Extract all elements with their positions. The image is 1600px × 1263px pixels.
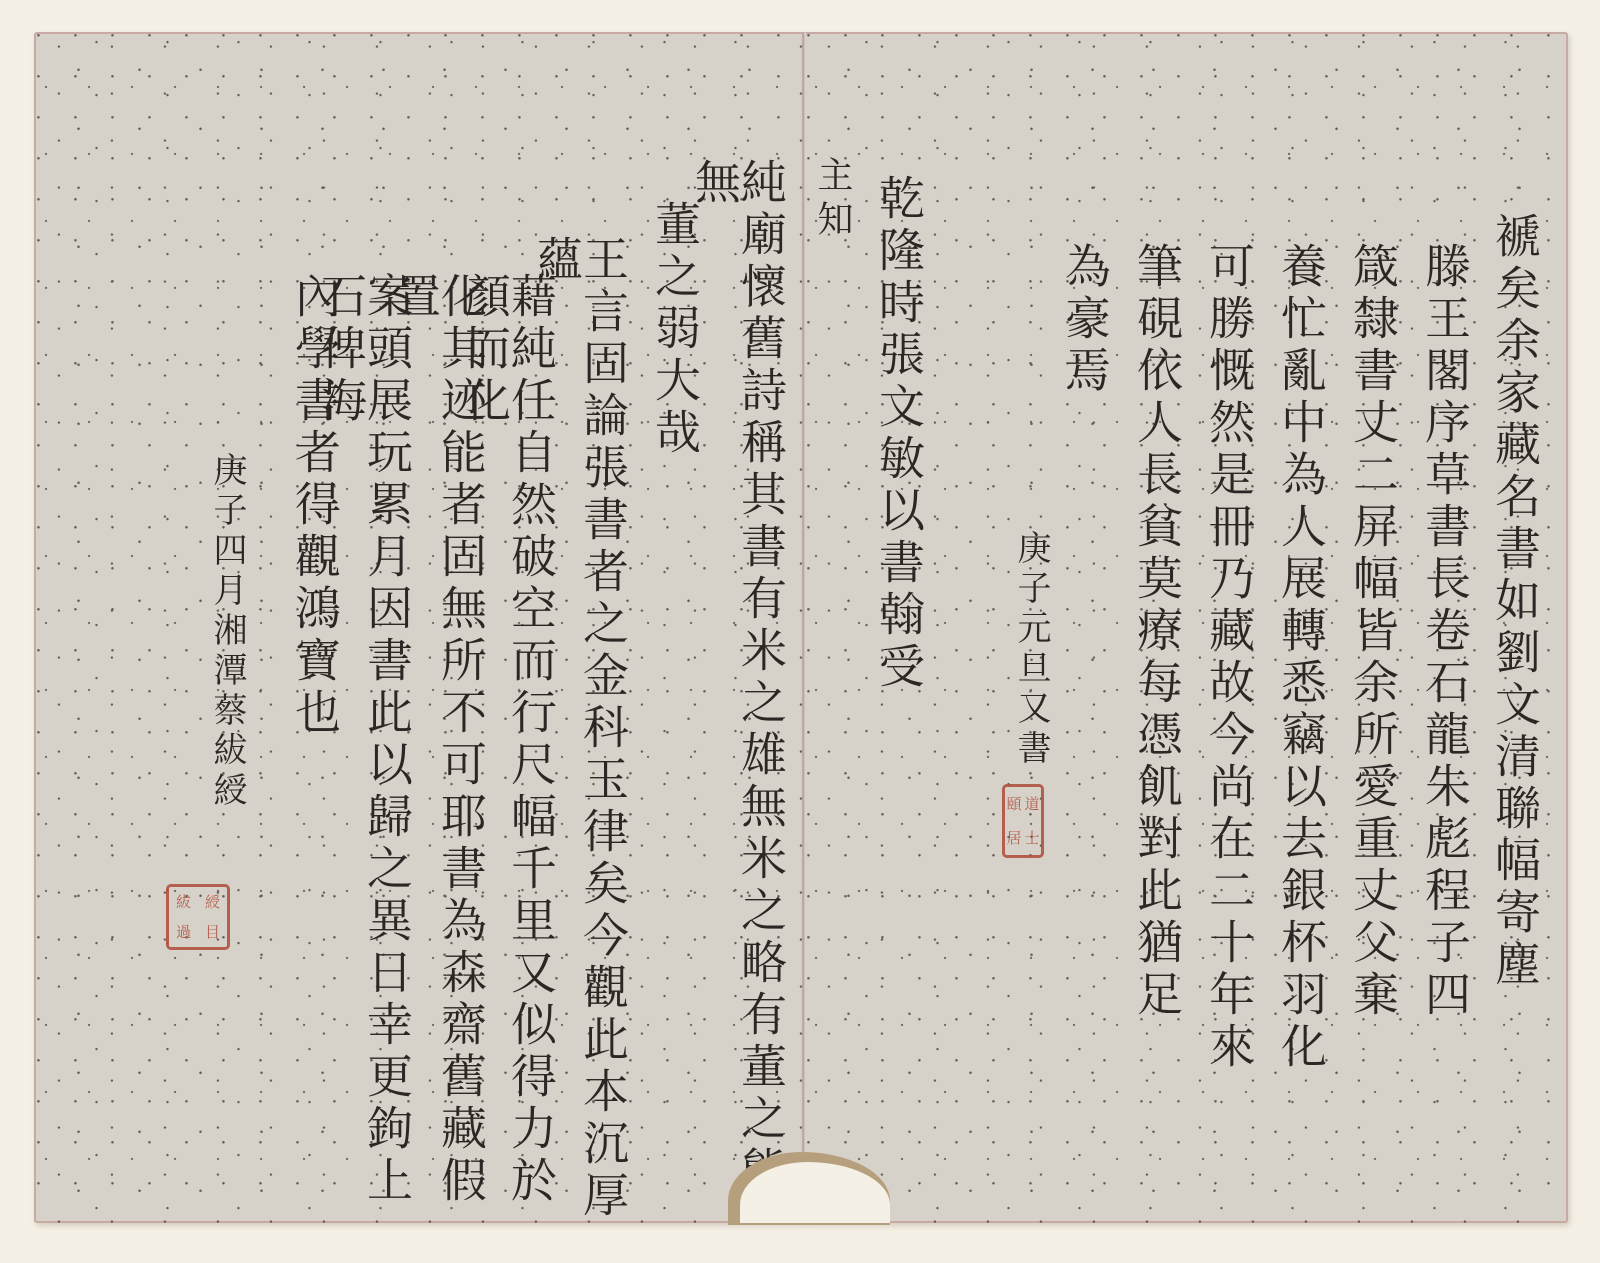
- right-seal: 頤 道 居 士: [1002, 784, 1044, 858]
- right-leaf: 褫矣余家藏名書如劉文清聯幅寄塵 滕王閣序草書長卷石龍朱彪程子四 箴隸書丈二屏幅皆…: [804, 32, 1568, 1223]
- right-column-7: 為豪焉: [1062, 242, 1108, 398]
- seal-char: 居: [1005, 821, 1023, 855]
- seal-char: 綬: [198, 887, 227, 917]
- right-column-3: 箴隸書丈二屏幅皆余所愛重丈父棄: [1350, 242, 1396, 1022]
- seal-char: 過: [169, 917, 198, 947]
- seal-char: 道: [1023, 787, 1041, 821]
- left-date-signature: 庚子四月湘潭蔡紱綬: [210, 452, 244, 812]
- album-spread: 純廟懷舊詩稱其書有米之雄無米之略有董之態無 董之弱大哉 王言固論張書者之金科玉律…: [34, 32, 1568, 1223]
- right-date-line: 庚子元旦又書: [1014, 530, 1048, 770]
- right-column-5: 可勝慨然是冊乃藏故今尚在二十年來: [1206, 242, 1252, 1074]
- seal-char: 士: [1023, 821, 1041, 855]
- right-column-1: 褫矣余家藏名書如劉文清聯幅寄塵: [1492, 212, 1538, 992]
- left-seal: 紱 綬 過 目: [166, 884, 230, 950]
- left-column-1: 純廟懷舊詩稱其書有米之雄無米之略有董之態無: [692, 158, 784, 1223]
- center-fold: [804, 32, 806, 1223]
- right-column-qianlong: 乾隆時張文敏以書翰受: [876, 174, 922, 694]
- seal-char: 紱: [169, 887, 198, 917]
- right-column-zhuzhi: 主知: [814, 156, 850, 244]
- left-column-7: 內學書者得觀鴻寶也: [292, 272, 338, 740]
- right-column-2: 滕王閣序草書長卷石龍朱彪程子四: [1422, 242, 1468, 1022]
- right-column-6: 筆硯依人長貧莫療每憑飢對此猶足: [1134, 242, 1180, 1022]
- right-column-4: 養忙亂中為人展轉悉竊以去銀杯羽化: [1278, 242, 1324, 1074]
- left-column-2: 董之弱大哉: [652, 200, 698, 460]
- seal-char: 目: [198, 917, 227, 947]
- seal-char: 頤: [1005, 787, 1023, 821]
- left-leaf: 純廟懷舊詩稱其書有米之雄無米之略有董之態無 董之弱大哉 王言固論張書者之金科玉律…: [34, 32, 804, 1223]
